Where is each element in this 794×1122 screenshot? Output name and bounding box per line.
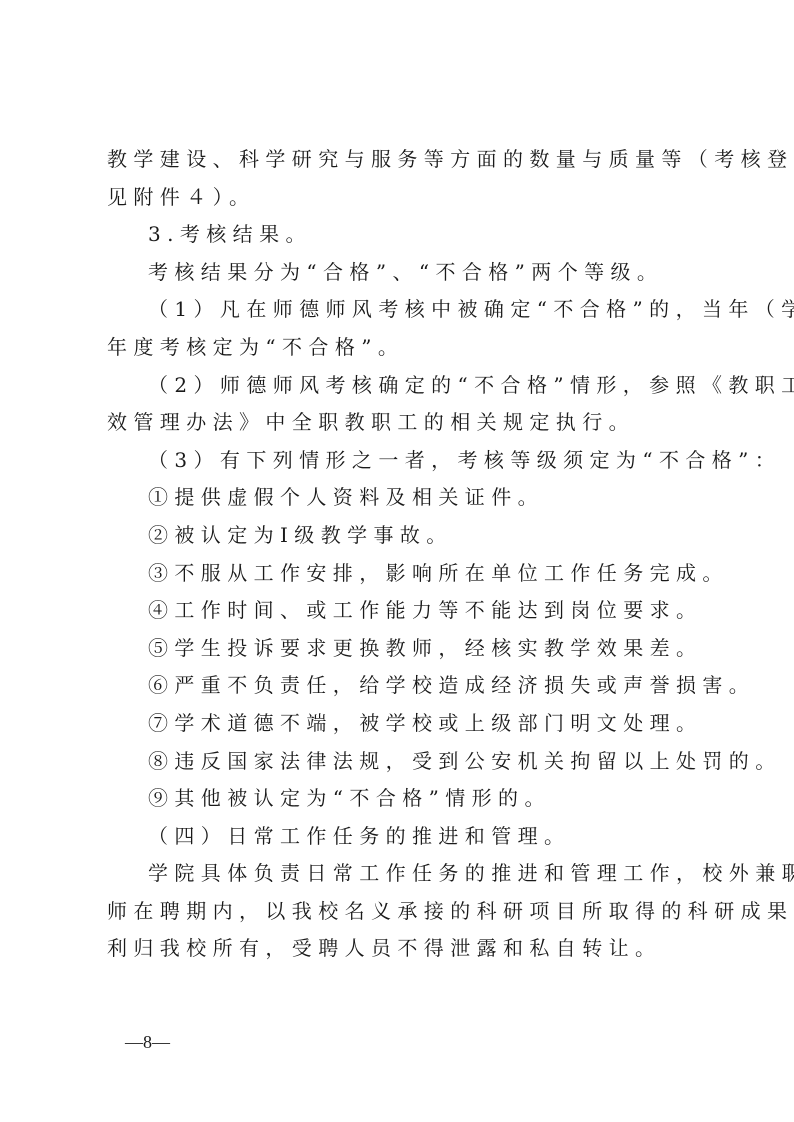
- list-item: ②被认定为Ⅰ级教学事故。: [107, 517, 697, 555]
- list-item: ⑦学术道德不端，被学校或上级部门明文处理。: [107, 705, 697, 743]
- list-item: ①提供虚假个人资料及相关证件。: [107, 479, 697, 517]
- document-body: 教学建设、科学研究与服务等方面的数量与质量等（考核登记表 见附件４）。 3.考核…: [107, 141, 697, 968]
- section-heading: （四）日常工作任务的推进和管理。: [107, 818, 697, 856]
- text-line: 效管理办法》中全职教职工的相关规定执行。: [107, 404, 697, 442]
- text-line: 学院具体负责日常工作任务的推进和管理工作，校外兼职教: [107, 855, 697, 893]
- list-item: ⑧违反国家法律法规，受到公安机关拘留以上处罚的。: [107, 743, 697, 781]
- page-number: —8—: [125, 1032, 170, 1053]
- text-line: 见附件４）。: [107, 179, 697, 217]
- text-line: 师在聘期内，以我校名义承接的科研项目所取得的科研成果或专: [107, 893, 697, 931]
- text-line: （2）师德师风考核确定的“不合格”情形，参照《教职工绩: [107, 367, 697, 405]
- text-line: （1）凡在师德师风考核中被确定“不合格”的，当年（学）: [107, 291, 697, 329]
- section-heading: 3.考核结果。: [107, 216, 697, 254]
- list-item: ⑨其他被认定为“不合格”情形的。: [107, 780, 697, 818]
- list-item: ⑤学生投诉要求更换教师，经核实教学效果差。: [107, 630, 697, 668]
- text-line: （3）有下列情形之一者，考核等级须定为“不合格”：: [107, 442, 697, 480]
- text-line: 考核结果分为“合格”、“不合格”两个等级。: [107, 254, 697, 292]
- list-item: ④工作时间、或工作能力等不能达到岗位要求。: [107, 592, 697, 630]
- text-line: 教学建设、科学研究与服务等方面的数量与质量等（考核登记表: [107, 141, 697, 179]
- list-item: ⑥严重不负责任，给学校造成经济损失或声誉损害。: [107, 667, 697, 705]
- list-item: ③不服从工作安排，影响所在单位工作任务完成。: [107, 555, 697, 593]
- text-line: 年度考核定为“不合格”。: [107, 329, 697, 367]
- text-line: 利归我校所有，受聘人员不得泄露和私自转让。: [107, 930, 697, 968]
